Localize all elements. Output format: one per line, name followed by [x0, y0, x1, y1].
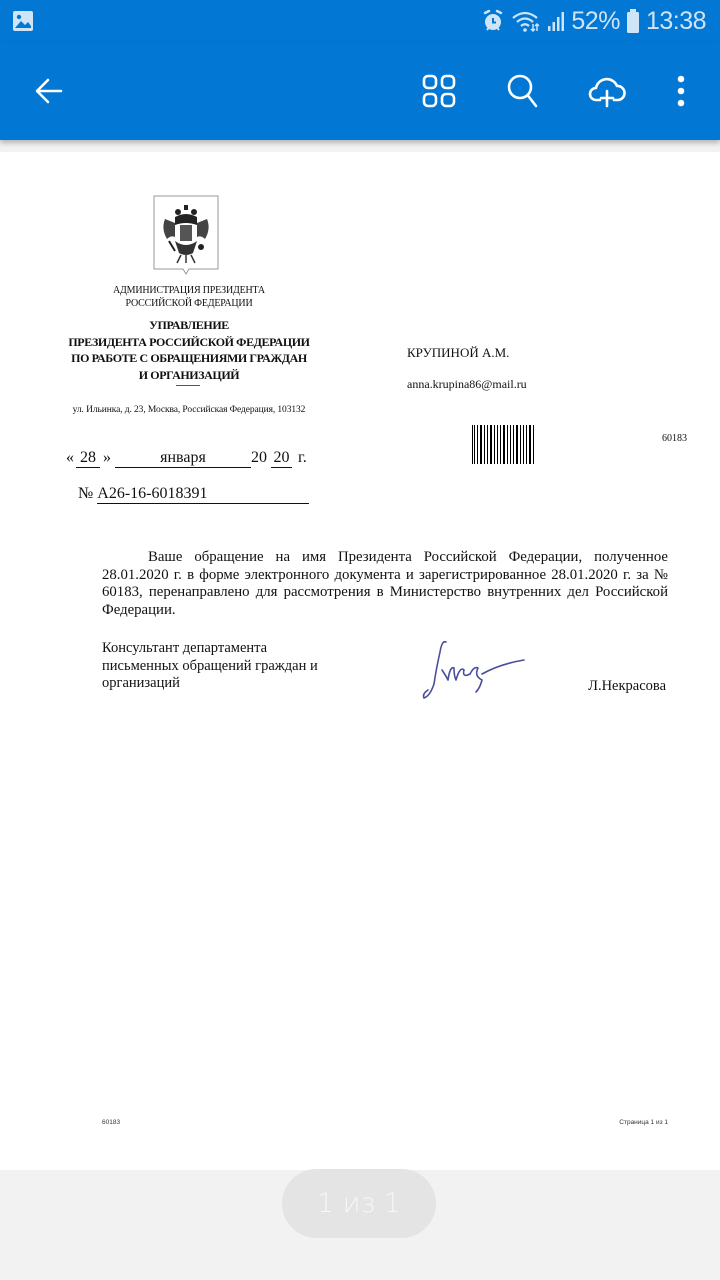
department-title: УПРАВЛЕНИЕ ПРЕЗИДЕНТА РОССИЙСКОЙ ФЕДЕРАЦ… — [40, 317, 338, 383]
app-toolbar — [0, 42, 720, 140]
letter-body: Ваше обращение на имя Президента Российс… — [102, 549, 668, 619]
signer-name: Л.Некрасова — [588, 678, 666, 695]
grid-icon — [422, 74, 456, 108]
signal-icon — [547, 9, 565, 33]
status-bar: 52% 13:38 — [0, 0, 720, 42]
coat-of-arms-emblem — [153, 195, 219, 275]
sender-address: ул. Ильинка, д. 23, Москва, Российская Ф… — [40, 405, 338, 415]
document-page: АДМИНИСТРАЦИЯ ПРЕЗИДЕНТА РОССИЙСКОЙ ФЕДЕ… — [0, 152, 720, 1170]
admin-line-1: АДМИНИСТРАЦИЯ ПРЕЗИДЕНТА — [60, 284, 318, 297]
more-vertical-icon — [676, 74, 686, 108]
date-year-mark: г. — [298, 449, 307, 467]
dept-line-3: ПО РАБОТЕ С ОБРАЩЕНИЯМИ ГРАЖДАН — [40, 350, 338, 367]
registration-value: А26-16-6018391 — [97, 484, 309, 504]
page-indicator: 1 из 1 — [282, 1169, 436, 1238]
administration-title: АДМИНИСТРАЦИЯ ПРЕЗИДЕНТА РОССИЙСКОЙ ФЕДЕ… — [60, 284, 318, 310]
search-button[interactable] — [498, 66, 548, 116]
battery-percent: 52% — [571, 7, 620, 36]
signer-title-line-2: письменных обращений граждан и — [102, 658, 362, 676]
barcode-number: 60183 — [662, 433, 687, 444]
signer-title: Консультант департамента письменных обра… — [102, 640, 362, 693]
dept-line-1: УПРАВЛЕНИЕ — [40, 317, 338, 334]
clock: 13:38 — [646, 7, 706, 36]
signer-title-line-1: Консультант департамента — [102, 640, 362, 658]
arrow-left-icon — [34, 76, 64, 106]
admin-line-2: РОССИЙСКОЙ ФЕДЕРАЦИИ — [60, 297, 318, 310]
dept-line-2: ПРЕЗИДЕНТА РОССИЙСКОЙ ФЕДЕРАЦИИ — [40, 334, 338, 351]
footer-page-number: Страница 1 из 1 — [619, 1119, 668, 1126]
number-sign: № — [78, 485, 93, 502]
document-viewport[interactable]: АДМИНИСТРАЦИЯ ПРЕЗИДЕНТА РОССИЙСКОЙ ФЕДЕ… — [0, 140, 720, 1280]
cloud-upload-icon — [588, 74, 626, 108]
search-icon — [505, 73, 541, 109]
date-month: января — [115, 449, 251, 468]
dept-line-4: И ОРГАНИЗАЦИЙ — [40, 367, 338, 384]
footer-document-number: 60183 — [102, 1119, 120, 1126]
divider — [176, 385, 200, 386]
alarm-icon — [481, 9, 505, 33]
more-options-button[interactable] — [656, 66, 706, 116]
upload-button[interactable] — [582, 66, 632, 116]
registration-number: № А26-16-6018391 — [78, 484, 309, 504]
signer-title-line-3: организаций — [102, 675, 362, 693]
barcode — [472, 425, 646, 464]
date-day: 28 — [76, 449, 100, 468]
gallery-icon — [12, 10, 34, 32]
thumbnails-button[interactable] — [414, 66, 464, 116]
back-button[interactable] — [24, 66, 74, 116]
date-year-suffix: 20 — [271, 449, 292, 468]
recipient-name: КРУПИНОЙ А.М. — [407, 345, 509, 361]
date-close-quote: » — [103, 449, 111, 467]
date-year-prefix: 20 — [251, 449, 267, 467]
date-open-quote: « — [66, 449, 74, 467]
recipient-email: anna.krupina86@mail.ru — [407, 377, 527, 392]
battery-icon — [626, 8, 640, 34]
handwritten-signature — [420, 636, 530, 702]
wifi-icon — [511, 9, 541, 33]
